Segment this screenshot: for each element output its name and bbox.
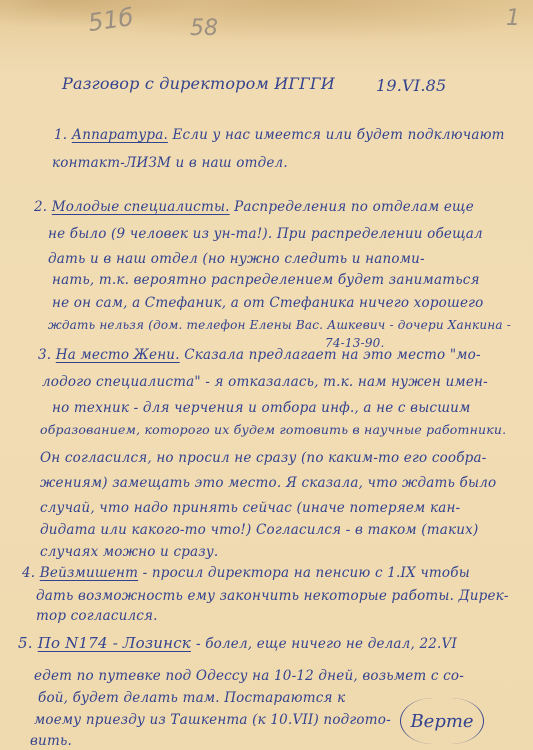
item-3-line-1: 3. На место Жени. Сказала предлагает на … (38, 347, 481, 363)
item-3-line-6: жениям) замещать это место. Я сказала, ч… (40, 475, 496, 491)
signature: Верте (400, 698, 484, 744)
document-title: Разговор с директором ИГГГИ (62, 74, 335, 93)
signature-text: Верте (410, 711, 473, 732)
item-3-line-2: лодого специалиста" - я отказалась, т.к.… (42, 374, 488, 390)
document-page: 51б 58 1 Разговор с директором ИГГГИ 19.… (0, 0, 533, 750)
item-3-line-7: случай, что надо принять сейчас (иначе п… (40, 500, 460, 516)
item-number: 4. (22, 565, 35, 581)
title-text: Разговор с директором ИГГГИ (62, 74, 335, 93)
item-5-line-5: вить. (30, 733, 72, 749)
item-heading: Аппаратура. (72, 127, 168, 143)
item-2-line-4: нать, т.к. вероятно распределением будет… (52, 272, 480, 288)
item-3-line-4: образованием, которого их будем готовить… (40, 422, 506, 437)
item-3-line-3: но техник - для черчения и отбора инф., … (52, 400, 470, 416)
item-heading: Молодые специалисты. (52, 199, 230, 215)
item-number: 3. (38, 347, 51, 363)
item-2-line-1: 2. Молодые специалисты. Распределения по… (34, 199, 474, 215)
item-2-line-3: дать и в наш отдел (но нужно следить и н… (48, 251, 425, 267)
item-number: 1. (54, 127, 67, 143)
item-number: 5. (18, 634, 33, 652)
item-2-line-6: ждать нельзя (дом. телефон Елены Вас. Аш… (48, 318, 511, 332)
item-5-line-2: едет по путевке под Одессу на 10-12 дней… (34, 668, 464, 684)
item-1-line-2: контакт-ЛИЗМ и в наш отдел. (52, 155, 288, 171)
document-date: 19.VI.85 (376, 76, 446, 95)
item-2-line-5: не он сам, а Стефаник, а от Стефаника ни… (52, 295, 484, 311)
item-4-line-3: тор согласился. (36, 608, 158, 624)
item-5-line-3: бой, будет делать там. Постараются к (38, 690, 345, 706)
item-1-line-1: 1. Аппаратура. Если у нас имеется или бу… (54, 127, 505, 143)
item-2-line-2: не было (9 человек из ун-та!). При распр… (48, 226, 483, 242)
item-number: 2. (34, 199, 47, 215)
item-text: Распределения по отделам еще (234, 199, 474, 215)
item-text: - болел, еще ничего не делал, 22.VI (196, 636, 457, 652)
item-text: Сказала предлагает на это место "мо- (184, 347, 481, 363)
item-4-line-2: дать возможность ему закончить некоторые… (36, 588, 509, 604)
item-heading: Вейзмишент (40, 565, 138, 581)
item-heading: По N174 - Лозинск (38, 634, 191, 652)
item-heading: На место Жени. (56, 347, 180, 363)
item-4-line-1: 4. Вейзмишент - просил директора на пенс… (22, 565, 470, 581)
archive-mark-1: 51б (86, 3, 135, 37)
archive-mark-2: 58 (190, 16, 218, 41)
item-3-line-9: случаях можно и сразу. (40, 544, 218, 560)
page-number: 1 (506, 6, 520, 31)
item-text: Если у нас имеется или будет подключают (172, 127, 504, 143)
item-3-line-5: Он согласился, но просил не сразу (по ка… (40, 450, 487, 466)
item-5-line-4: моему приезду из Ташкента (к 10.VII) под… (34, 712, 391, 728)
item-3-line-8: дидата или какого-то что!) Согласился - … (40, 522, 478, 538)
item-text: - просил директора на пенсию с 1.IX чтоб… (143, 565, 470, 581)
item-5-line-1: 5. По N174 - Лозинск - болел, еще ничего… (18, 634, 457, 652)
